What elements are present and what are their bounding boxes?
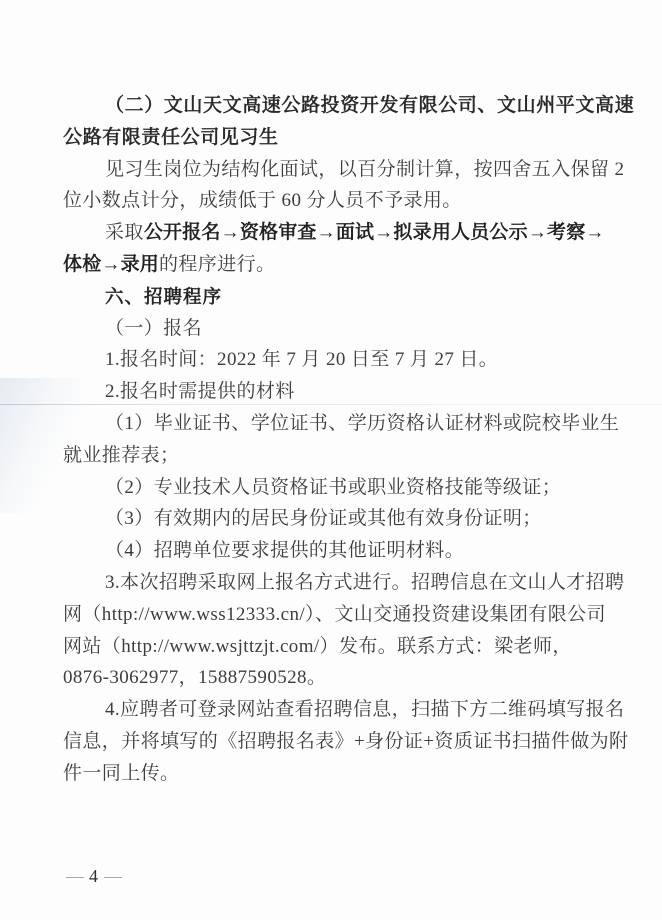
document-line: 件一同上传。: [63, 758, 600, 790]
document-line-segment: 件一同上传。: [63, 763, 179, 784]
document-line-segment: （1）毕业证书、学位证书、学历资格认证材料或院校毕业生: [105, 413, 619, 434]
page-number-value: 4: [89, 866, 98, 886]
document-line: （2）专业技术人员资格证书或职业资格技能等级证；: [63, 472, 600, 504]
document-line-segment: 六、招聘程序: [105, 286, 222, 307]
page-number-dash-right: —: [104, 866, 121, 886]
document-line-segment: 公路有限责任公司见习生: [63, 127, 279, 148]
document-line-segment: 1.报名时间：2022 年 7 月 20 日至 7 月 27 日。: [105, 349, 498, 370]
document-line: 公路有限责任公司见习生: [63, 122, 600, 154]
document-line-segment: 的程序进行。: [159, 254, 275, 275]
document-line: 就业推荐表；: [63, 440, 600, 472]
document-line-segment: 公开报名→资格审查→面试→拟录用人员公示→考察→: [144, 222, 605, 243]
page-number: —4—: [66, 863, 121, 889]
document-line: 采取公开报名→资格审查→面试→拟录用人员公示→考察→: [63, 217, 600, 249]
document-line-segment: 位小数点计分，成绩低于 60 分人员不予录用。: [63, 190, 462, 211]
document-line: 网站（http://www.wsjttzjt.com/）发布。联系方式：梁老师，: [63, 631, 600, 663]
page-number-dash-left: —: [66, 866, 83, 886]
document-line: 位小数点计分，成绩低于 60 分人员不予录用。: [63, 185, 600, 217]
document-line-segment: 4.应聘者可登录网站查看招聘信息，扫描下方二维码填写报名: [105, 699, 624, 720]
document-line-segment: 就业推荐表；: [63, 445, 179, 466]
document-line-segment: （4）招聘单位要求提供的其他证明材料。: [105, 540, 464, 561]
document-line: 4.应聘者可登录网站查看招聘信息，扫描下方二维码填写报名: [63, 694, 600, 726]
document-line-segment: （一）报名: [105, 318, 202, 339]
document-line-segment: （3）有效期内的居民身份证或其他有效身份证明；: [105, 508, 542, 529]
document-line: 1.报名时间：2022 年 7 月 20 日至 7 月 27 日。: [63, 344, 600, 376]
document-line: （二）文山天文高速公路投资开发有限公司、文山州平文高速: [63, 90, 600, 122]
document-line-segment: （2）专业技术人员资格证书或职业资格技能等级证；: [105, 477, 561, 498]
document-line: 体检→录用的程序进行。: [63, 249, 600, 281]
document-line: （1）毕业证书、学位证书、学历资格认证材料或院校毕业生: [63, 408, 600, 440]
document-line-segment: 见习生岗位为结构化面试，以百分制计算，按四舍五入保留 2: [105, 159, 624, 180]
scanned-document-page: （二）文山天文高速公路投资开发有限公司、文山州平文高速公路有限责任公司见习生见习…: [0, 0, 662, 920]
document-body: （二）文山天文高速公路投资开发有限公司、文山州平文高速公路有限责任公司见习生见习…: [63, 90, 600, 790]
document-line-segment: 信息，并将填写的《招聘报名表》+身份证+资质证书扫描件做为附: [63, 731, 628, 752]
document-line-segment: （二）文山天文高速公路投资开发有限公司、文山州平文高速: [105, 95, 634, 116]
document-line: 六、招聘程序: [63, 281, 600, 313]
document-line-segment: 采取: [105, 222, 144, 243]
document-line: 网（http://www.wss12333.cn/）、文山交通投资建设集团有限公…: [63, 599, 600, 631]
document-line-segment: 网站（http://www.wsjttzjt.com/）发布。联系方式：梁老师，: [63, 636, 572, 657]
document-line: 0876-3062977，15887590528。: [63, 662, 600, 694]
document-line-segment: 体检→录用: [63, 254, 159, 275]
document-line: 3.本次招聘采取网上报名方式进行。招聘信息在文山人才招聘: [63, 567, 600, 599]
document-line: （一）报名: [63, 313, 600, 345]
document-line: （4）招聘单位要求提供的其他证明材料。: [63, 535, 600, 567]
document-line: 见习生岗位为结构化面试，以百分制计算，按四舍五入保留 2: [63, 154, 600, 186]
document-line-segment: 3.本次招聘采取网上报名方式进行。招聘信息在文山人才招聘: [105, 572, 624, 593]
document-line-segment: 2.报名时需提供的材料: [105, 381, 295, 402]
document-line: 2.报名时需提供的材料: [63, 376, 600, 408]
document-line-segment: 0876-3062977，15887590528。: [63, 667, 326, 688]
document-line: （3）有效期内的居民身份证或其他有效身份证明；: [63, 503, 600, 535]
document-line: 信息，并将填写的《招聘报名表》+身份证+资质证书扫描件做为附: [63, 726, 600, 758]
document-line-segment: 网（http://www.wss12333.cn/）、文山交通投资建设集团有限公…: [63, 604, 606, 625]
